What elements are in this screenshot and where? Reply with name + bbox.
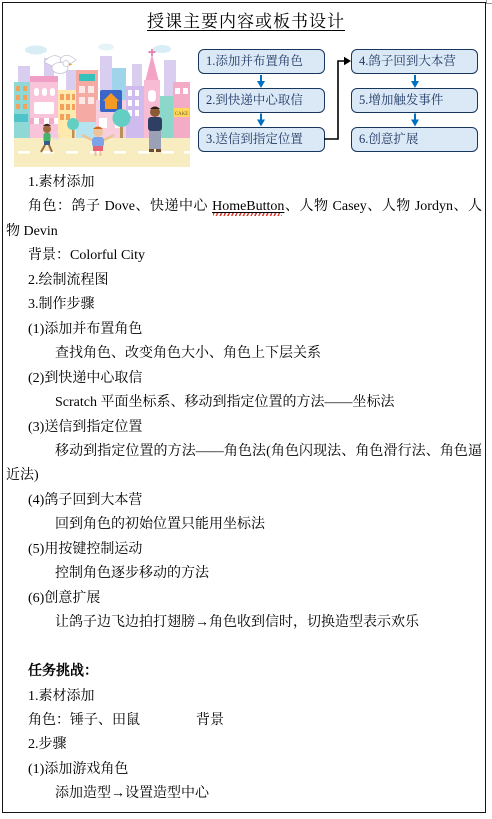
body-text-segment: (1)添加游戏角色 <box>28 762 128 777</box>
body-line: 移动到指定位置的方法——角色法(角色闪现法、角色滑行法、角色逼近法) <box>6 440 482 489</box>
body-text: 1.素材添加角色：鸽子 Dove、快递中心 HomeButton、人物 Case… <box>0 171 492 807</box>
cake-sign-label: CAKE <box>175 112 189 117</box>
body-line: 3.制作步骤 <box>6 293 482 317</box>
body-line: 2.步骤 <box>6 733 482 757</box>
body-line: 任务挑战： <box>6 660 482 684</box>
body-text-segment: 1.素材添加 <box>28 175 95 190</box>
cloud-icon <box>153 45 171 53</box>
body-line: 添加造型→设置造型中心 <box>6 782 482 806</box>
body-line: 角色：鸽子 Dove、快递中心 HomeButton、人物 Casey、人物 J… <box>6 195 482 244</box>
body-text-segment: 2.步骤 <box>28 737 67 752</box>
body-line: 回到角色的初始位置只能用坐标法 <box>6 513 482 537</box>
body-line: (2)到快递中心取信 <box>6 367 482 391</box>
body-line: 查找角色、改变角色大小、角色上下层关系 <box>6 342 482 366</box>
body-text-segment: 移动到指定位置的方法——角色法(角色闪现法、角色滑行法、角色逼近法) <box>6 444 482 483</box>
body-text-segment: (6)创意扩展 <box>28 591 100 606</box>
cloud-icon <box>25 46 47 55</box>
body-text-segment: 角色：鸽子 Dove、快递中心 <box>28 199 212 214</box>
tree <box>113 109 131 127</box>
body-line: (1)添加并布置角色 <box>6 318 482 342</box>
cloud-icon <box>98 44 114 51</box>
body-text-segment: (3)送信到指定位置 <box>28 420 142 435</box>
body-line: 背景：Colorful City <box>6 244 482 268</box>
body-line: 2.绘制流程图 <box>6 269 482 293</box>
body-text-segment: 背景：Colorful City <box>28 248 145 263</box>
body-text-segment: 添加造型→设置造型中心 <box>55 786 209 801</box>
body-text-segment: 2.绘制流程图 <box>28 273 109 288</box>
body-text-segment: 3.制作步骤 <box>28 297 95 312</box>
body-text-segment: Scratch 平面坐标系、移动到指定位置的方法——坐标法 <box>55 395 394 410</box>
body-line: Scratch 平面坐标系、移动到指定位置的方法——坐标法 <box>6 391 482 415</box>
body-text-segment: 1.素材添加 <box>28 689 95 704</box>
body-text-segment: 回到角色的初始位置只能用坐标法 <box>55 517 265 532</box>
page-title: 授课主要内容或板书设计 <box>0 7 492 32</box>
table-corner-mark <box>486 0 492 4</box>
step3-to-step4-connector <box>324 61 344 139</box>
body-line: (4)鸽子回到大本营 <box>6 489 482 513</box>
body-text-segment: 查找角色、改变角色大小、角色上下层关系 <box>55 346 321 361</box>
body-line: 1.素材添加 <box>6 171 482 195</box>
body-line <box>6 636 482 660</box>
body-text-segment: (4)鸽子回到大本营 <box>28 493 142 508</box>
tree <box>67 118 79 130</box>
body-text-segment: (2)到快递中心取信 <box>28 371 142 386</box>
document-page: 授课主要内容或板书设计 <box>0 0 492 819</box>
body-text-segment: 任务挑战： <box>28 664 98 679</box>
body-text-segment: 控制角色逐步移动的方法 <box>55 566 209 581</box>
body-line: 让鸽子边飞边拍打翅膀→角色收到信时，切换造型表示欢乐 <box>6 611 482 635</box>
body-line: (3)送信到指定位置 <box>6 416 482 440</box>
flowchart-arrows <box>190 40 492 170</box>
spellcheck-underlined-text: HomeButton <box>212 199 284 214</box>
right-arrowhead-icon <box>344 57 351 65</box>
body-line: 1.素材添加 <box>6 685 482 709</box>
colorful-city-image: CAKE <box>14 40 190 167</box>
body-line: (1)添加游戏角色 <box>6 758 482 782</box>
body-text-segment: (5)用按键控制运动 <box>28 542 142 557</box>
body-line: 控制角色逐步移动的方法 <box>6 562 482 586</box>
body-text-segment: (1)添加并布置角色 <box>28 322 142 337</box>
body-line: 角色：锤子、田鼠 背景 <box>6 709 482 733</box>
body-text-segment: 让鸽子边飞边拍打翅膀→角色收到信时，切换造型表示欢乐 <box>55 615 419 630</box>
body-line: (6)创意扩展 <box>6 587 482 611</box>
body-text-segment: 角色：锤子、田鼠 背景 <box>28 713 224 728</box>
body-line: (5)用按键控制运动 <box>6 538 482 562</box>
